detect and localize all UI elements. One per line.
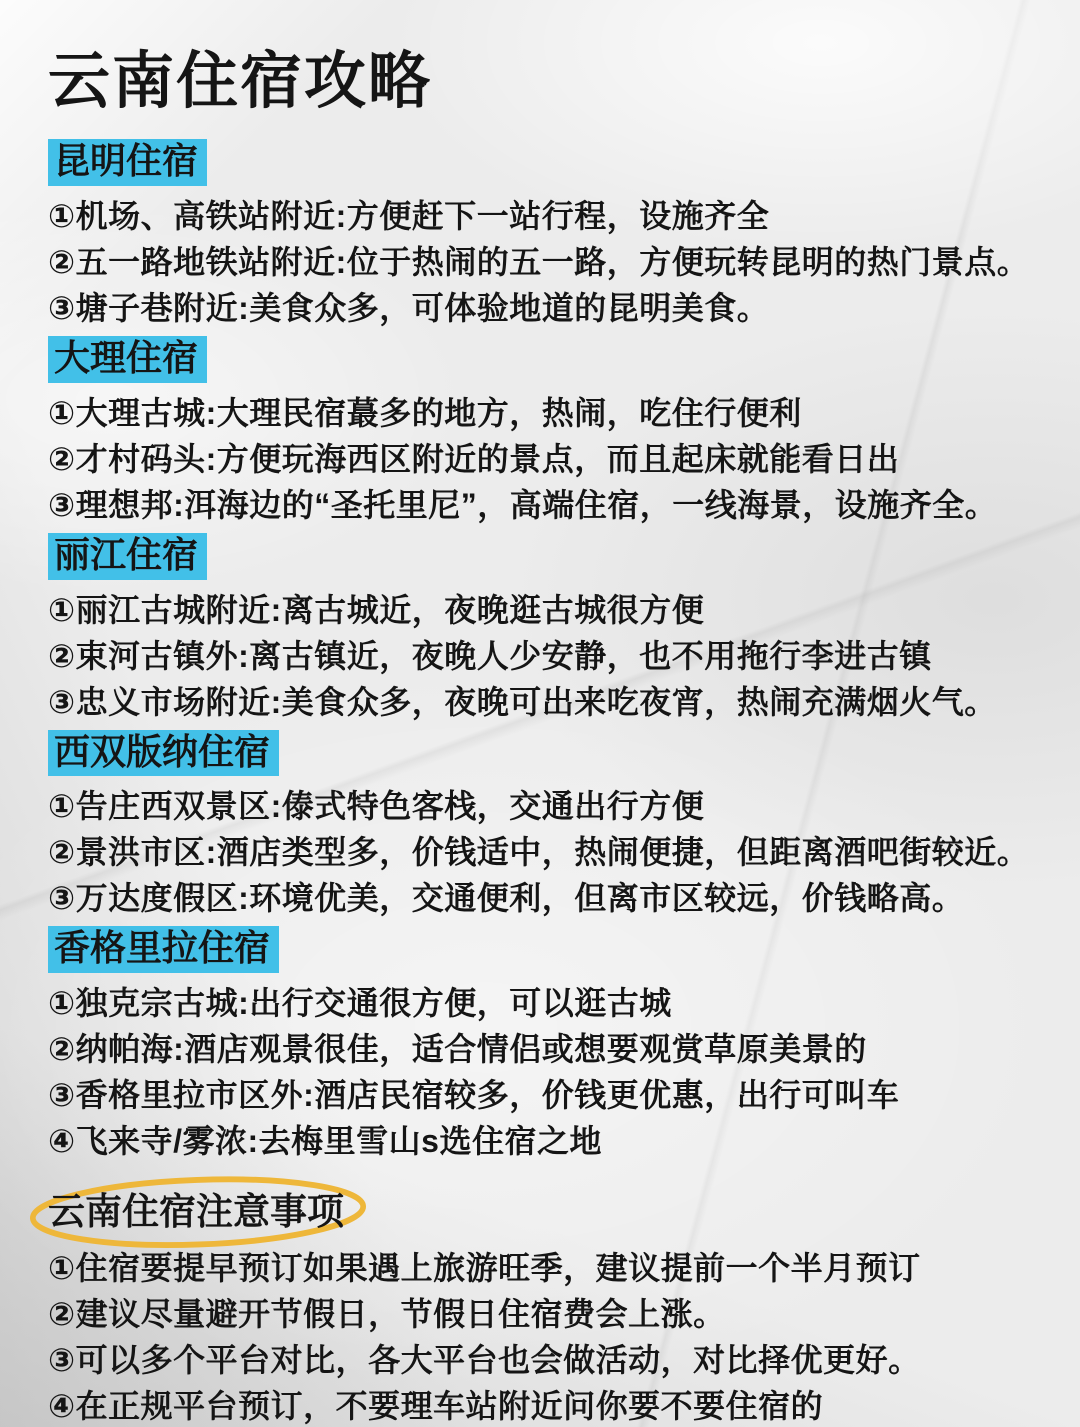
list-item: ①机场、高铁站附近:方便赶下一站行程，设施齐全 [48, 193, 1032, 239]
section-kunming: 昆明住宿 ①机场、高铁站附近:方便赶下一站行程，设施齐全 ②五一路地铁站附近:位… [48, 134, 1032, 331]
list-item: ③忠义市场附近:美食众多，夜晚可出来吃夜宵，热闹充满烟火气。 [48, 679, 1032, 725]
list-item: ③万达度假区:环境优美，交通便利，但离市区较远，价钱略高。 [48, 875, 1032, 921]
section-header-dali: 大理住宿 [48, 336, 207, 383]
section-notes: 云南住宿注意事项 ①住宿要提早预订如果遇上旅游旺季，建议提前一个半月预订 ②建议… [48, 1190, 1032, 1427]
section-lijiang: 丽江住宿 ①丽江古城附近:离古城近，夜晚逛古城很方便 ②束河古镇外:离古镇近，夜… [48, 528, 1032, 725]
list-item: ②五一路地铁站附近:位于热闹的五一路，方便玩转昆明的热门景点。 [48, 239, 1032, 285]
note-item: ③可以多个平台对比，各大平台也会做活动，对比择优更好。 [48, 1337, 1032, 1383]
notes-header: 云南住宿注意事项 [48, 1191, 344, 1232]
list-item: ②纳帕海:酒店观景很佳，适合情侣或想要观赏草原美景的 [48, 1026, 1032, 1072]
section-shangrila: 香格里拉住宿 ①独克宗古城:出行交通很方便，可以逛古城 ②纳帕海:酒店观景很佳，… [48, 921, 1032, 1164]
list-item: ①大理古城:大理民宿蕞多的地方，热闹，吃住行便利 [48, 390, 1032, 436]
section-header-lijiang: 丽江住宿 [48, 533, 207, 580]
section-header-shangrila: 香格里拉住宿 [48, 926, 279, 973]
list-item: ②才村码头:方便玩海西区附近的景点，而且起床就能看日出 [48, 436, 1032, 482]
list-item: ③香格里拉市区外:酒店民宿较多，价钱更优惠，出行可叫车 [48, 1072, 1032, 1118]
list-item: ②景洪市区:酒店类型多，价钱适中，热闹便捷，但距离酒吧街较近。 [48, 829, 1032, 875]
note-item: ②建议尽量避开节假日，节假日住宿费会上涨。 [48, 1291, 1032, 1337]
section-xishuangbanna: 西双版纳住宿 ①告庄西双景区:傣式特色客栈，交通出行方便 ②景洪市区:酒店类型多… [48, 725, 1032, 922]
list-item: ③理想邦:洱海边的“圣托里尼”，高端住宿，一线海景，设施齐全。 [48, 482, 1032, 528]
page-title: 云南住宿攻略 [48, 48, 1032, 116]
list-item: ①独克宗古城:出行交通很方便，可以逛古城 [48, 980, 1032, 1026]
section-dali: 大理住宿 ①大理古城:大理民宿蕞多的地方，热闹，吃住行便利 ②才村码头:方便玩海… [48, 331, 1032, 528]
list-item: ①告庄西双景区:傣式特色客栈，交通出行方便 [48, 783, 1032, 829]
notes-header-wrap: 云南住宿注意事项 [48, 1190, 344, 1234]
list-item: ②束河古镇外:离古镇近，夜晚人少安静，也不用拖行李进古镇 [48, 633, 1032, 679]
list-item: ④飞来寺/雾浓:去梅里雪山s选住宿之地 [48, 1118, 1032, 1164]
note-item: ①住宿要提早预订如果遇上旅游旺季，建议提前一个半月预订 [48, 1245, 1032, 1291]
section-header-xishuangbanna: 西双版纳住宿 [48, 730, 279, 777]
poster-page: 云南住宿攻略 昆明住宿 ①机场、高铁站附近:方便赶下一站行程，设施齐全 ②五一路… [0, 0, 1080, 1427]
section-header-kunming: 昆明住宿 [48, 139, 207, 186]
note-item: ④在正规平台预订，不要理车站附近问你要不要住宿的 [48, 1383, 1032, 1427]
poster-content: 云南住宿攻略 昆明住宿 ①机场、高铁站附近:方便赶下一站行程，设施齐全 ②五一路… [0, 0, 1080, 1427]
list-item: ③塘子巷附近:美食众多，可体验地道的昆明美食。 [48, 285, 1032, 331]
list-item: ①丽江古城附近:离古城近，夜晚逛古城很方便 [48, 587, 1032, 633]
